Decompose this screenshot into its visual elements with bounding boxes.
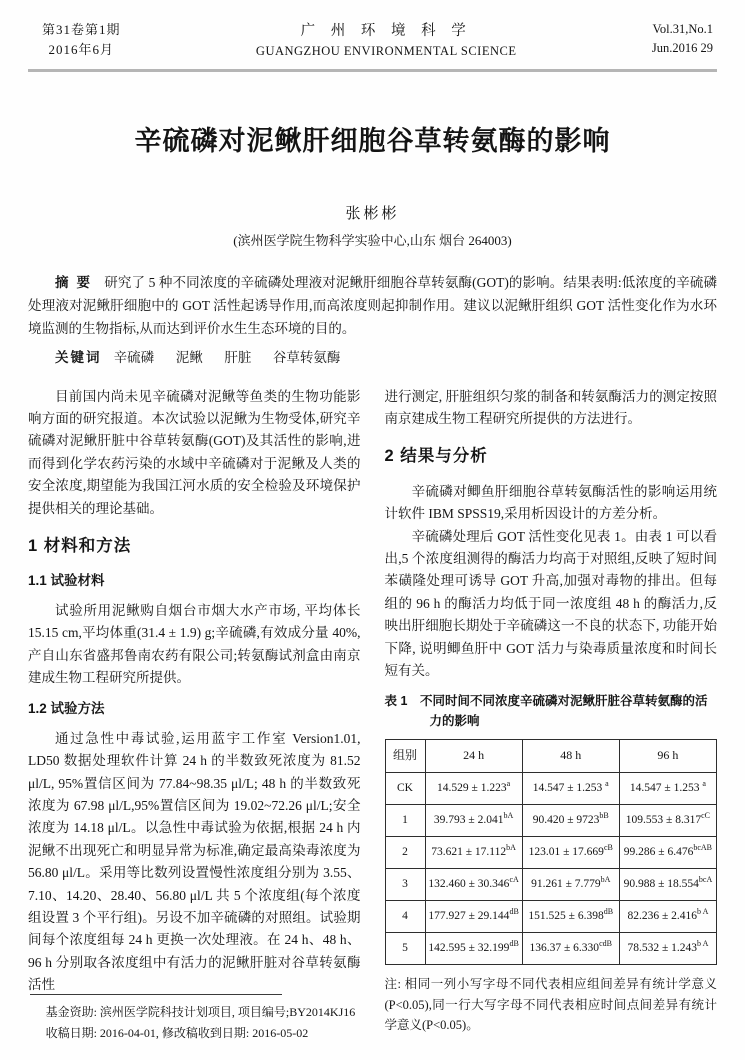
group-cell: 1 [385,805,425,837]
left-column: 目前国内尚未见辛硫磷对泥鳅等鱼类的生物功能影响方面的研究报道。本次试验以泥鳅为生… [28,386,361,1036]
section-heading-results: 2 结果与分析 [385,443,718,470]
volume-en: Vol.31,No.1 [652,20,713,39]
got-activity-table: 组别 24 h 48 h 96 h CK14.529 ± 1.223a14.54… [385,739,718,965]
issue-date: 2016年6月 [42,40,121,60]
table-caption-text: 不同时间不同浓度辛硫磷对泥鳅肝脏谷草转氨酶的活力的影响 [420,694,708,727]
subsection-heading-materials: 1.1 试验材料 [28,570,361,592]
abstract-text: 研究了 5 种不同浓度的辛硫磷处理液对泥鳅肝细胞谷草转氨酶(GOT)的影响。结果… [28,275,717,336]
column-header-group: 组别 [385,740,425,773]
journal-title-en: GUANGZHOU ENVIRONMENTAL SCIENCE [256,42,517,61]
results-paragraph-1: 辛硫磷对鲫鱼肝细胞谷草转氨酶活性的影响运用统计软件 IBM SPSS19,采用析… [385,481,718,526]
volume-issue: 第31卷第1期 [42,20,121,40]
table-caption: 表 1不同时间不同浓度辛硫磷对泥鳅肝脏谷草转氨酶的活力的影响 [385,692,718,731]
journal-title-cn: 广 州 环 境 科 学 [256,20,517,42]
value-cell: 39.793 ± 2.041bA [425,805,522,837]
value-cell: 90.988 ± 18.554bcA [619,869,716,901]
keyword-term: 辛硫磷 [114,350,155,365]
value-cell: 142.595 ± 32.199dB [425,933,522,965]
materials-paragraph: 试验所用泥鳅购自烟台市烟大水产市场, 平均体长 15.15 cm,平均体重(31… [28,600,361,690]
value-cell: 14.529 ± 1.223a [425,773,522,805]
footnote-rule [30,994,282,995]
table-note: 注: 相同一列小写字母不同代表相应组间差异有统计学意义(P<0.05),同一行大… [385,974,718,1035]
value-cell: 177.927 ± 29.144dB [425,901,522,933]
group-cell: 4 [385,901,425,933]
table-row: CK14.529 ± 1.223a14.547 ± 1.253 a14.547 … [385,773,717,805]
funding-line: 基金资助: 滨州医学院科技计划项目, 项目编号;BY2014KJ16 [30,1002,365,1023]
abstract: 摘 要研究了 5 种不同浓度的辛硫磷处理液对泥鳅肝细胞谷草转氨酶(GOT)的影响… [28,271,717,341]
journal-title-block: 广 州 环 境 科 学 GUANGZHOU ENVIRONMENTAL SCIE… [256,20,517,62]
value-cell: 14.547 ± 1.253 a [522,773,619,805]
footnote-block: 基金资助: 滨州医学院科技计划项目, 项目编号;BY2014KJ16 收稿日期:… [30,994,365,1044]
keyword-term: 泥鳅 [176,350,203,365]
table-header-row: 组别 24 h 48 h 96 h [385,740,717,773]
right-column: 进行测定, 肝脏组织匀浆的制备和转氨酶活力的测定按照南京建成生物工程研究所提供的… [385,386,718,1036]
header-vol-block: Vol.31,No.1 Jun.2016 29 [652,20,713,59]
methods-paragraph: 通过急性中毒试验,运用蓝宇工作室 Version1.01, LD50 数据处理软… [28,728,361,997]
group-cell: CK [385,773,425,805]
keyword-term: 肝脏 [224,350,251,365]
methods-continued-paragraph: 进行测定, 肝脏组织匀浆的制备和转氨酶活力的测定按照南京建成生物工程研究所提供的… [385,386,718,431]
group-cell: 2 [385,837,425,869]
issue-page-number: Jun.2016 29 [652,39,713,58]
affiliation: (滨州医学院生物科学实验中心,山东 烟台 264003) [28,230,717,249]
got-table-body: CK14.529 ± 1.223a14.547 ± 1.253 a14.547 … [385,773,717,965]
value-cell: 14.547 ± 1.253 a [619,773,716,805]
group-cell: 3 [385,869,425,901]
journal-page: 第31卷第1期 2016年6月 广 州 环 境 科 学 GUANGZHOU EN… [0,0,745,1060]
value-cell: 132.460 ± 30.346cA [425,869,522,901]
keywords-label: 关键词 [55,350,102,365]
author-name: 张彬彬 [28,202,717,223]
value-cell: 136.37 ± 6.330cdB [522,933,619,965]
keyword-term: 谷草转氨酶 [273,350,341,365]
table-row: 4177.927 ± 29.144dB151.525 ± 6.398dB82.2… [385,901,717,933]
header-rule [28,69,717,72]
value-cell: 78.532 ± 1.243b A [619,933,716,965]
table-row: 5142.595 ± 32.199dB136.37 ± 6.330cdB78.5… [385,933,717,965]
value-cell: 82.236 ± 2.416b A [619,901,716,933]
header-issue-block: 第31卷第1期 2016年6月 [42,20,121,60]
table-caption-label: 表 1 [385,694,408,708]
article-title: 辛硫磷对泥鳅肝细胞谷草转氨酶的影响 [28,119,717,158]
column-header-48h: 48 h [522,740,619,773]
value-cell: 73.621 ± 17.112bA [425,837,522,869]
value-cell: 151.525 ± 6.398dB [522,901,619,933]
table-row: 139.793 ± 2.041bA90.420 ± 9723bB109.553 … [385,805,717,837]
table-row: 3132.460 ± 30.346cA91.261 ± 7.779bA90.98… [385,869,717,901]
value-cell: 99.286 ± 6.476bcAB [619,837,716,869]
value-cell: 90.420 ± 9723bB [522,805,619,837]
received-line: 收稿日期: 2016-04-01, 修改稿收到日期: 2016-05-02 [30,1023,365,1044]
intro-paragraph: 目前国内尚未见辛硫磷对泥鳅等鱼类的生物功能影响方面的研究报道。本次试验以泥鳅为生… [28,386,361,520]
table-row: 273.621 ± 17.112bA123.01 ± 17.669cB99.28… [385,837,717,869]
column-header-24h: 24 h [425,740,522,773]
column-header-96h: 96 h [619,740,716,773]
journal-header: 第31卷第1期 2016年6月 广 州 环 境 科 学 GUANGZHOU EN… [28,18,717,62]
results-paragraph-2: 辛硫磷处理后 GOT 活性变化见表 1。由表 1 可以看出,5 个浓度组测得的酶… [385,526,718,683]
abstract-label: 摘 要 [55,275,92,290]
keywords: 关键词辛硫磷泥鳅肝脏谷草转氨酶 [28,346,717,366]
value-cell: 123.01 ± 17.669cB [522,837,619,869]
value-cell: 109.553 ± 8.317cC [619,805,716,837]
group-cell: 5 [385,933,425,965]
section-heading-materials: 1 材料和方法 [28,533,361,560]
value-cell: 91.261 ± 7.779bA [522,869,619,901]
body-columns: 目前国内尚未见辛硫磷对泥鳅等鱼类的生物功能影响方面的研究报道。本次试验以泥鳅为生… [28,386,717,1036]
subsection-heading-methods: 1.2 试验方法 [28,698,361,720]
